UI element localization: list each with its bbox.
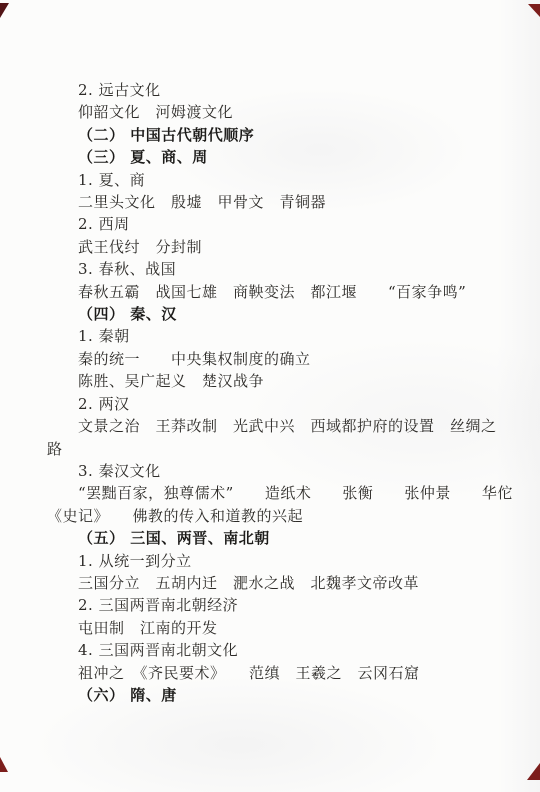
outline-line: 秦的统一 中央集权制度的确立 <box>47 348 509 370</box>
scan-corner-mark-top-left <box>0 3 9 18</box>
outline-line: 4. 三国两晋南北朝文化 <box>47 639 509 661</box>
outline-line: 路 <box>47 438 509 460</box>
outline-line: 文景之治 王莽改制 光武中兴 西域都护府的设置 丝绸之 <box>47 415 509 437</box>
scan-corner-mark-bottom-right <box>527 763 540 780</box>
section-heading: （五） 三国、两晋、南北朝 <box>47 527 509 549</box>
outline-line: 屯田制 江南的开发 <box>47 617 509 639</box>
scan-corner-mark-bottom-left <box>0 757 8 772</box>
outline-line: 2. 三国两晋南北朝经济 <box>47 594 509 616</box>
outline-line: 三国分立 五胡内迁 淝水之战 北魏孝文帝改革 <box>47 572 509 594</box>
outline-line: 2. 远古文化 <box>47 79 509 101</box>
outline-line: “罢黜百家，独尊儒术” 造纸术 张衡 张仲景 华佗 <box>47 482 509 504</box>
outline-line: 2. 两汉 <box>47 393 509 415</box>
outline-line: 《史记》 佛教的传入和道教的兴起 <box>47 505 509 527</box>
outline-line: 武王伐纣 分封制 <box>47 236 509 258</box>
outline-line: 1. 秦朝 <box>47 325 509 347</box>
section-heading: （六） 隋、唐 <box>47 684 509 706</box>
content-outline: 2. 远古文化仰韶文化 河姆渡文化（二） 中国古代朝代顺序（三） 夏、商、周1.… <box>47 79 509 706</box>
outline-line: 3. 春秋、战国 <box>47 258 509 280</box>
outline-line: 祖冲之 《齐民要术》 范缜 王羲之 云冈石窟 <box>47 662 509 684</box>
outline-line: 2. 西周 <box>47 213 509 235</box>
outline-line: 1. 夏、商 <box>47 169 509 191</box>
outline-line: 仰韶文化 河姆渡文化 <box>47 101 509 123</box>
outline-line: 春秋五霸 战国七雄 商鞅变法 都江堰 “百家争鸣” <box>47 281 509 303</box>
section-heading: （四） 秦、汉 <box>47 303 509 325</box>
outline-line: 3. 秦汉文化 <box>47 460 509 482</box>
outline-line: 二里头文化 殷墟 甲骨文 青铜器 <box>47 191 509 213</box>
scan-corner-mark-top-right <box>528 4 540 17</box>
outline-line: 陈胜、吴广起义 楚汉战争 <box>47 370 509 392</box>
section-heading: （二） 中国古代朝代顺序 <box>47 124 509 146</box>
outline-line: 1. 从统一到分立 <box>47 550 509 572</box>
section-heading: （三） 夏、商、周 <box>47 146 509 168</box>
scanned-page: 2. 远古文化仰韶文化 河姆渡文化（二） 中国古代朝代顺序（三） 夏、商、周1.… <box>0 0 540 792</box>
